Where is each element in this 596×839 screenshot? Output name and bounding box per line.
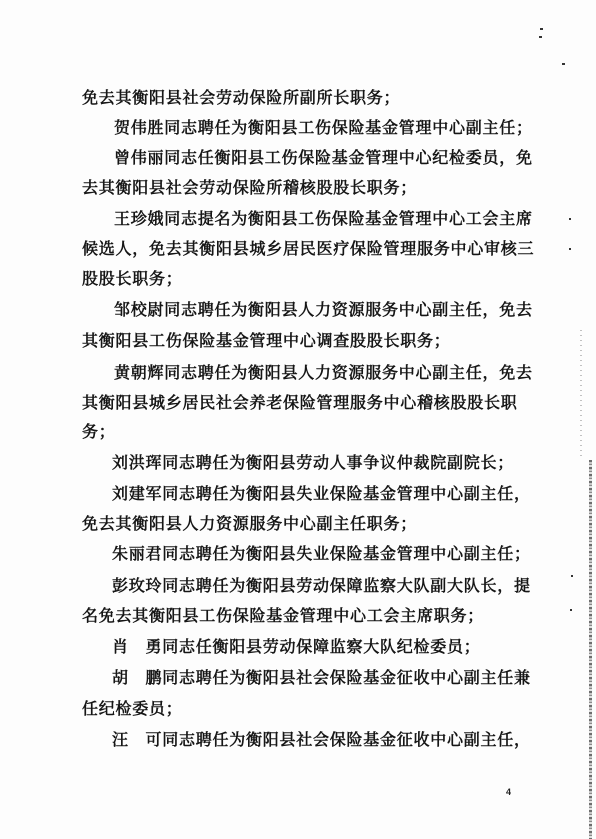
text-line: 黄朝辉同志聘任为衡阳县人力资源服务中心副主任，免去 xyxy=(114,359,533,387)
scan-speck xyxy=(569,248,571,250)
text-line: 去其衡阳县社会劳动保险所稽核股股长职务； xyxy=(82,174,417,202)
text-line: 免去其衡阳县人力资源服务中心副主任职务； xyxy=(82,510,417,538)
page-number: 4 xyxy=(506,787,511,797)
text-line: 彭玫玲同志聘任为衡阳县劳动保障监察大队副大队长，提 xyxy=(112,572,531,600)
text-line: 任纪检委员； xyxy=(82,695,183,723)
text-line: 其衡阳县城乡居民社会养老保险管理服务中心稽核股股长职 xyxy=(82,389,518,417)
text-line: 贺伟胜同志聘任为衡阳县工伤保险基金管理中心副主任； xyxy=(114,114,533,142)
text-line: 曾伟丽同志任衡阳县工伤保险基金管理中心纪检委员，免 xyxy=(114,144,533,172)
scan-speck xyxy=(539,36,542,38)
scan-speck xyxy=(562,63,565,65)
text-line: 股股长职务； xyxy=(82,265,183,293)
text-line: 免去其衡阳县社会劳动保险所副所长职务； xyxy=(82,84,400,112)
scan-speck xyxy=(571,575,573,577)
text-line: 其衡阳县工伤保险基金管理中心调查股股长职务； xyxy=(82,327,451,355)
text-line: 刘建军同志聘任为衡阳县失业保险基金管理中心副主任， xyxy=(112,480,531,508)
scan-edge-artifact xyxy=(589,460,592,839)
text-line: 名免去其衡阳县工伤保险基金管理中心工会主席职务； xyxy=(82,602,484,630)
document-page: 免去其衡阳县社会劳动保险所副所长职务； 贺伟胜同志聘任为衡阳县工伤保险基金管理中… xyxy=(0,0,596,839)
text-line: 汪 可同志聘任为衡阳县社会保险基金征收中心副主任， xyxy=(112,726,531,754)
text-line: 务； xyxy=(82,418,116,446)
scan-speck xyxy=(569,218,571,220)
scan-edge-artifact xyxy=(580,330,582,460)
text-line: 肖 勇同志任衡阳县劳动保障监察大队纪检委员； xyxy=(112,633,481,661)
text-line: 候选人，免去其衡阳县城乡居民医疗保险管理服务中心审核三 xyxy=(82,235,534,263)
text-line: 刘洪珲同志聘任为衡阳县劳动人事争议仲裁院副院长； xyxy=(112,449,514,477)
scan-speck xyxy=(570,609,572,611)
text-line: 胡 鹏同志聘任为衡阳县社会保险基金征收中心副主任兼 xyxy=(112,664,531,692)
text-line: 朱丽君同志聘任为衡阳县失业保险基金管理中心副主任； xyxy=(112,540,531,568)
scan-speck xyxy=(540,28,543,30)
text-line: 王珍娥同志提名为衡阳县工伤保险基金管理中心工会主席 xyxy=(114,205,533,233)
text-line: 邹校尉同志聘任为衡阳县人力资源服务中心副主任，免去 xyxy=(114,296,533,324)
